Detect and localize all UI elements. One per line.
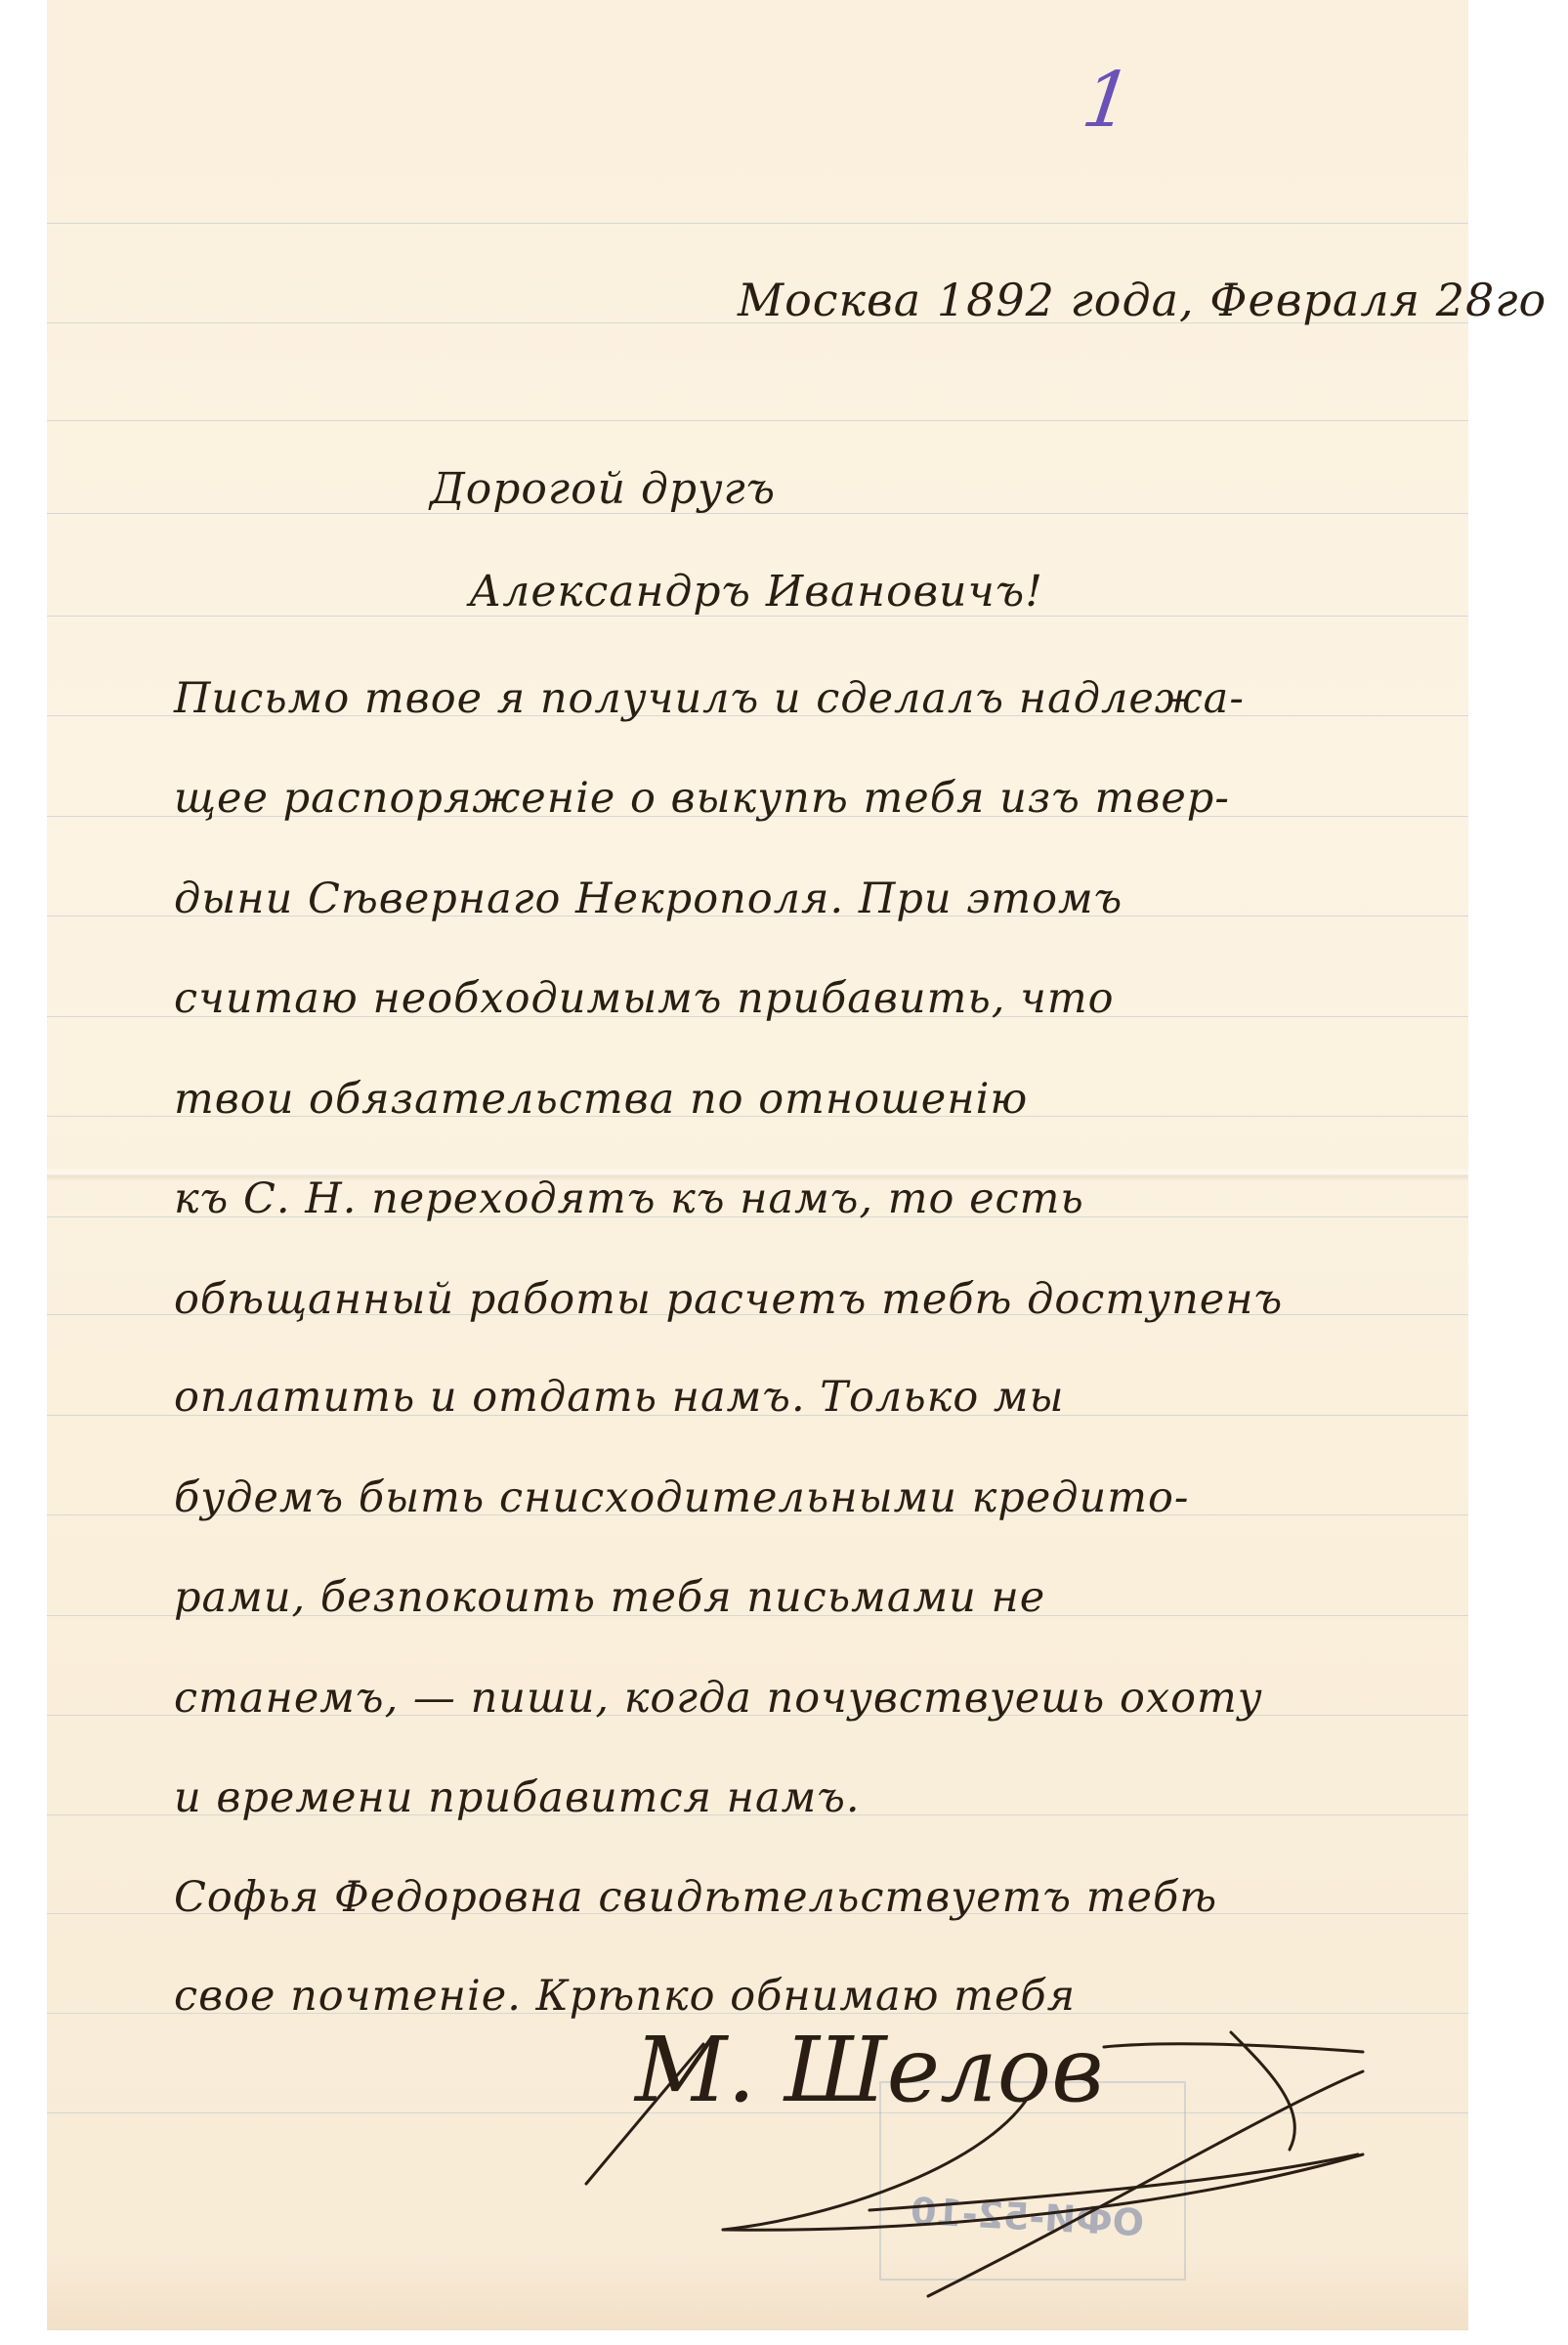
body-line: и времени прибавится намъ. bbox=[174, 1773, 861, 1822]
body-line: будемъ быть снисходительными кредито- bbox=[174, 1473, 1189, 1522]
body-line: станемъ, — пиши, когда почувствуешь охот… bbox=[174, 1674, 1263, 1723]
body-line: считаю необходимымъ прибавить, что bbox=[174, 974, 1115, 1023]
salutation-line-1: Дорогой другъ bbox=[430, 464, 776, 514]
ruled-line bbox=[47, 420, 1468, 421]
body-line: оплатить и отдать намъ. Только мы bbox=[174, 1373, 1065, 1422]
place-date: Москва 1892 года, Февраля 28го bbox=[738, 274, 1547, 326]
ruled-line bbox=[47, 223, 1468, 224]
body-line: обѣщанный работы расчетъ тебѣ доступенъ bbox=[174, 1275, 1283, 1324]
closing-line: Софья Федоровна свидѣтельствуетъ тебѣ bbox=[174, 1873, 1217, 1922]
body-line: рами, безпокоить тебя письмами не bbox=[174, 1573, 1045, 1622]
body-line: твои обязательства по отношенію bbox=[174, 1075, 1028, 1124]
body-line: дыни Сѣвернаго Некрополя. При этомъ bbox=[174, 874, 1123, 923]
body-line: къ С. Н. переходятъ къ намъ, то есть bbox=[174, 1174, 1084, 1223]
closing-line: свое почтеніе. Крѣпко обнимаю тебя bbox=[174, 1972, 1076, 2021]
signature: М. Шелов bbox=[635, 2018, 1104, 2122]
stamp-text: ОФИ-52-10 bbox=[910, 2190, 1145, 2244]
body-line: Письмо твое я получилъ и сделалъ надлежа… bbox=[174, 674, 1245, 723]
salutation-line-2: Александръ Ивановичъ! bbox=[469, 567, 1043, 617]
body-line: щее распоряженіе о выкупѣ тебя изъ твер- bbox=[174, 774, 1230, 823]
